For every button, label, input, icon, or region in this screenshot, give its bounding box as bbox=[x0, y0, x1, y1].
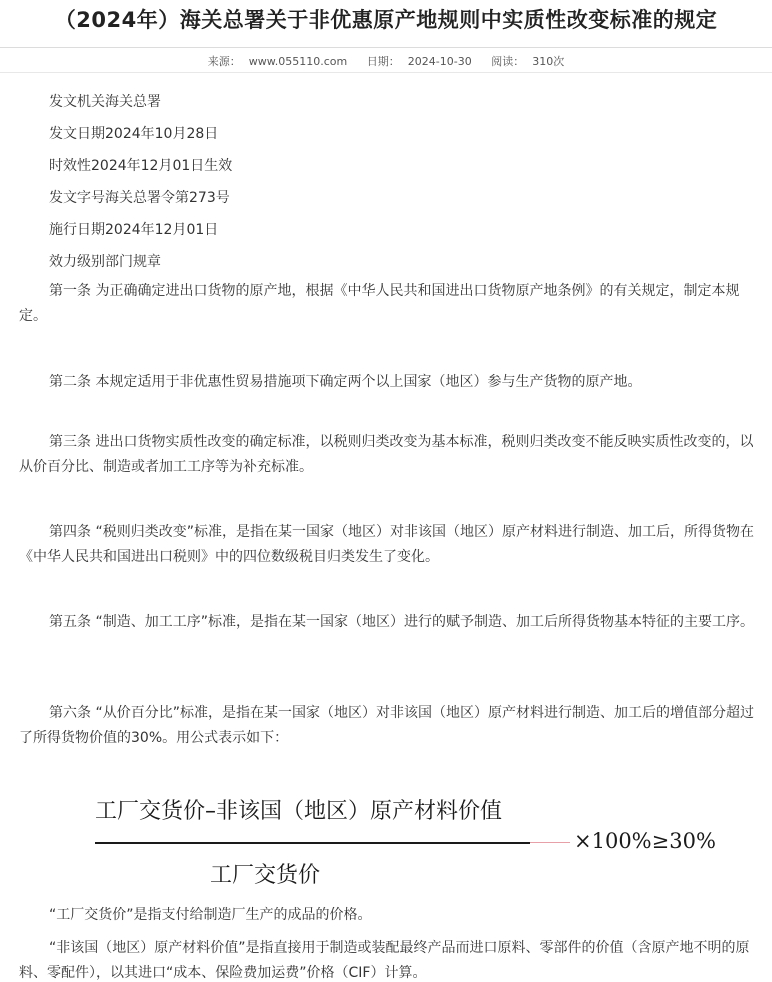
article-3: 第三条 进出口货物实质性改变的确定标准，以税则归类改变为基本标准，税则归类改变不… bbox=[19, 430, 759, 480]
meta-views: 阅读：310次 bbox=[487, 55, 568, 68]
meta-date-label: 日期： bbox=[367, 55, 400, 68]
definition-ex-works-price: “工厂交货价”是指支付给制造厂生产的成品的价格。 bbox=[19, 903, 759, 928]
info-document-number: 发文字号海关总署令第273号 bbox=[49, 187, 230, 207]
meta-source-label: 来源： bbox=[208, 55, 241, 68]
article-5: 第五条 “制造、加工工序”标准，是指在某一国家（地区）进行的赋予制造、加工后所得… bbox=[19, 610, 759, 635]
info-issue-date: 发文日期2024年10月28日 bbox=[49, 123, 218, 143]
formula-denominator: 工厂交货价 bbox=[210, 858, 320, 889]
meta-divider bbox=[0, 72, 772, 73]
definition-non-origin-material-value: “非该国（地区）原产材料价值”是指直接用于制造或装配最终产品而进口原料、零部件的… bbox=[19, 936, 759, 982]
formula-bar-extension bbox=[530, 842, 570, 843]
title-divider bbox=[0, 47, 772, 48]
formula-numerator: 工厂交货价–非该国（地区）原产材料价值 bbox=[95, 794, 502, 825]
info-validity: 时效性2024年12月01日生效 bbox=[49, 155, 232, 175]
article-6: 第六条 “从价百分比”标准，是指在某一国家（地区）对非该国（地区）原产材料进行制… bbox=[19, 701, 759, 751]
info-effective-date: 施行日期2024年12月01日 bbox=[49, 219, 218, 239]
meta-date: 日期：2024-10-30 bbox=[363, 55, 476, 68]
article-2: 第二条 本规定适用于非优惠性贸易措施项下确定两个以上国家（地区）参与生产货物的原… bbox=[19, 370, 759, 395]
formula-fraction-bar bbox=[95, 842, 530, 844]
meta-views-value: 310次 bbox=[532, 55, 564, 68]
info-issuing-authority: 发文机关海关总署 bbox=[49, 91, 161, 111]
formula-multiplier: ×100%≥30% bbox=[574, 829, 716, 853]
article-1: 第一条 为正确确定进出口货物的原产地，根据《中华人民共和国进出口货物原产地条例》… bbox=[19, 279, 759, 329]
meta-source: 来源：www.055110.com bbox=[204, 55, 351, 68]
meta-views-label: 阅读： bbox=[491, 55, 524, 68]
article-title: （2024年）海关总署关于非优惠原产地规则中实质性改变标准的规定 bbox=[0, 4, 772, 34]
meta-date-value: 2024-10-30 bbox=[408, 55, 472, 68]
meta-source-value: www.055110.com bbox=[249, 55, 347, 68]
article-4: 第四条 “税则归类改变”标准，是指在某一国家（地区）对非该国（地区）原产材料进行… bbox=[19, 520, 759, 570]
article-meta: 来源：www.055110.com 日期：2024-10-30 阅读：310次 bbox=[0, 53, 772, 69]
info-legal-level: 效力级别部门规章 bbox=[49, 251, 161, 271]
